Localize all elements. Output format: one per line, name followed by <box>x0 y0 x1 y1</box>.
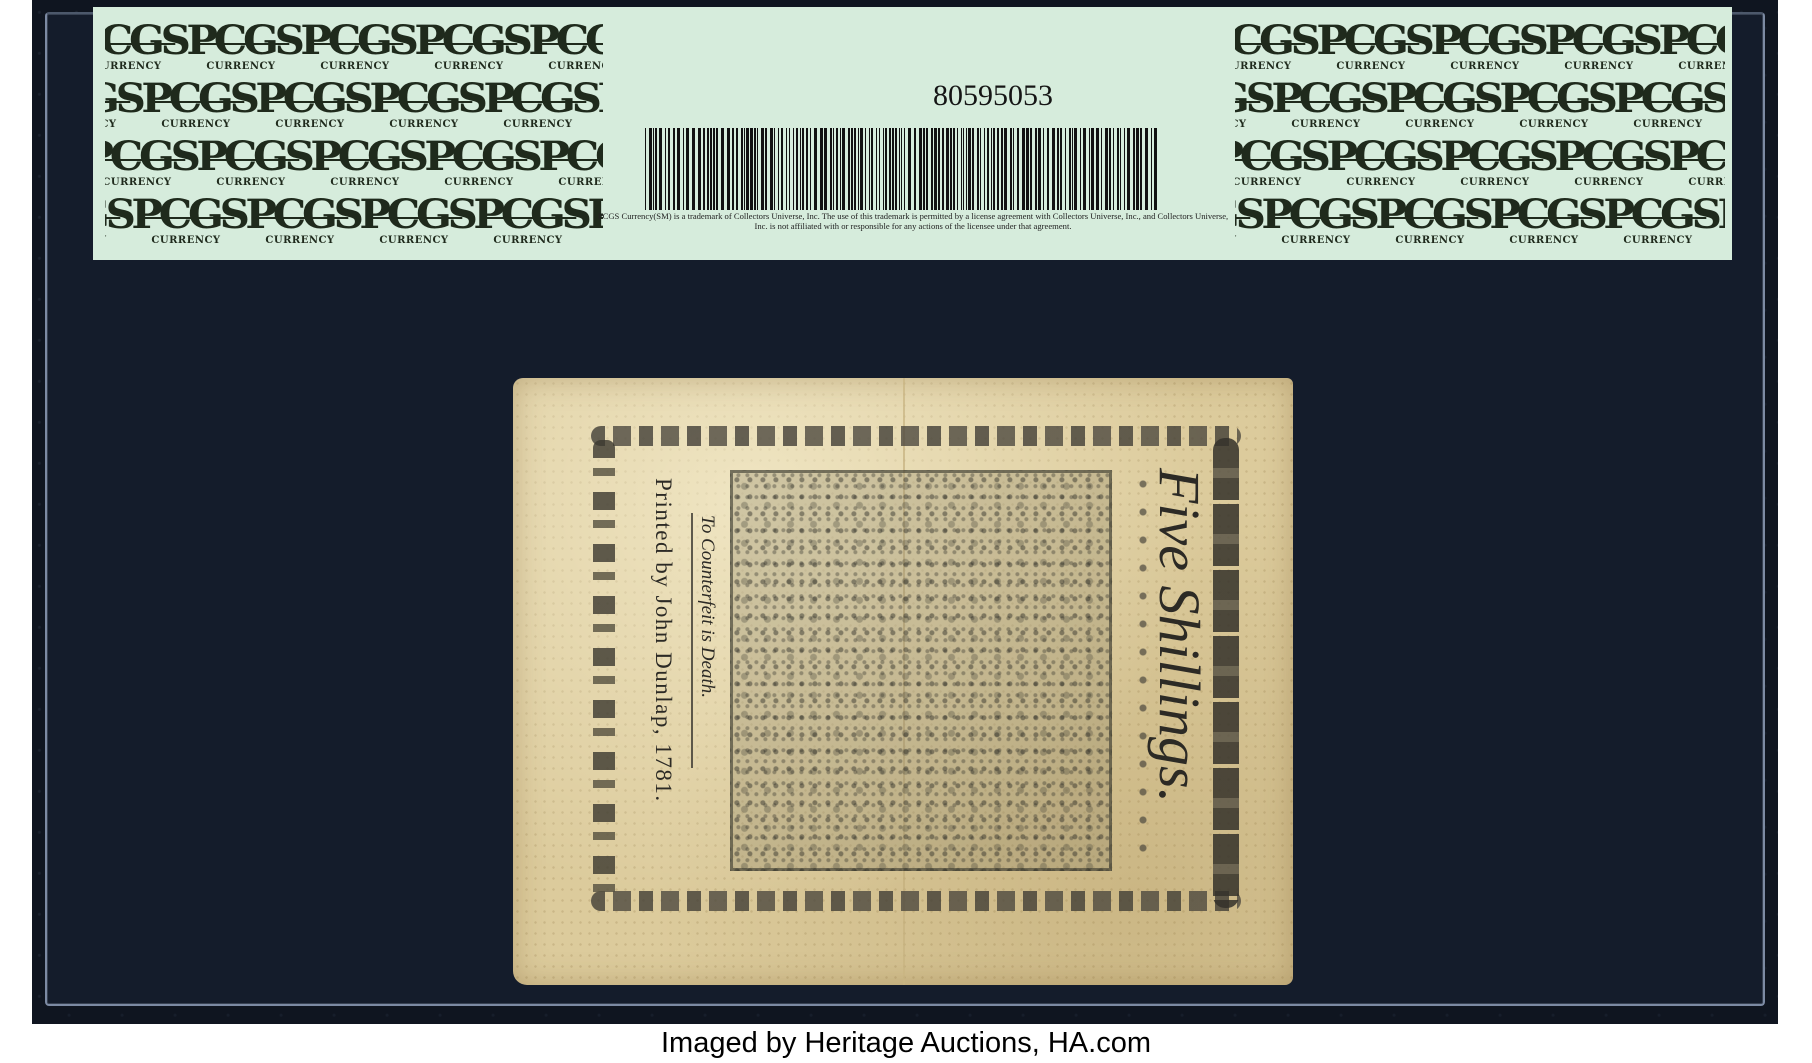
pcgs-logo-icon: PCGSCURRENCY <box>248 195 352 246</box>
ornamental-border-top <box>591 426 1241 446</box>
pcgs-logo-icon: PCGSCURRENCY <box>189 21 293 72</box>
pcgs-logo-pattern-right: PCGSCURRENCYPCGSCURRENCYPCGSCURRENCYPCGS… <box>1235 15 1725 251</box>
ornamental-border-bottom <box>591 891 1241 911</box>
trademark-legal-text: PCGS Currency(SM) is a trademark of Coll… <box>593 211 1233 231</box>
denomination-text: Five Shillings. <box>1146 468 1213 803</box>
pcgs-logo-icon: PCGSCURRENCY <box>1661 21 1725 72</box>
pcgs-logo-icon: PCGSCURRENCY <box>105 79 134 130</box>
pcgs-logo-icon: PCGSCURRENCY <box>1616 79 1720 130</box>
pcgs-logo-icon: PCGSCURRENCY <box>1433 21 1537 72</box>
pcgs-logo-icon: PCGSCURRENCY <box>1502 79 1606 130</box>
pcgs-logo-icon: PCGSCURRENCY <box>1378 195 1482 246</box>
counterfeit-warning: To Counterfeit is Death. <box>696 515 718 698</box>
barcode <box>645 128 1160 210</box>
pcgs-logo-icon: PCGSCURRENCY <box>1557 137 1661 188</box>
pcgs-logo-icon: PCGSCURRENCY <box>1720 195 1725 246</box>
pcgs-logo-icon: PCGSCURRENCY <box>1671 137 1725 188</box>
pcgs-logo-icon: PCGSCURRENCY <box>105 137 189 188</box>
pcgs-logo-icon: PCGSCURRENCY <box>531 21 603 72</box>
pcgs-logo-icon: PCGSCURRENCY <box>303 21 407 72</box>
pcgs-logo-icon: PCGSCURRENCY <box>1264 195 1368 246</box>
pcgs-logo-icon: PCGSCURRENCY <box>134 195 238 246</box>
pcgs-logo-icon: PCGSCURRENCY <box>1492 195 1596 246</box>
pcgs-logo-icon: PCGSCURRENCY <box>1235 137 1319 188</box>
pcgs-logo-icon: PCGSCURRENCY <box>144 79 248 130</box>
pcgs-logo-pattern-left: PCGSCURRENCYPCGSCURRENCYPCGSCURRENCYPCGS… <box>105 15 603 251</box>
pcgs-logo-icon: PCGSCURRENCY <box>105 21 179 72</box>
divider-rule <box>691 513 693 768</box>
pcgs-logo-icon: PCGSCURRENCY <box>486 79 590 130</box>
pcgs-label: PCGSCURRENCYPCGSCURRENCYPCGSCURRENCYPCGS… <box>93 7 1732 260</box>
pcgs-logo-icon: PCGSCURRENCY <box>1443 137 1547 188</box>
printer-imprint: Printed by John Dunlap, 1781. <box>650 478 676 803</box>
nature-print-panel <box>730 470 1112 871</box>
pcgs-logo-icon: PCGSCURRENCY <box>1606 195 1710 246</box>
ornamental-border-left <box>593 440 615 900</box>
serial-number: 80595053 <box>823 79 1163 113</box>
pcgs-logo-icon: PCGSCURRENCY <box>600 79 603 130</box>
ornamental-border-right <box>1213 438 1239 908</box>
pcgs-logo-icon: PCGSCURRENCY <box>372 79 476 130</box>
banknote: Five Shillings. To Counterfeit is Death.… <box>513 378 1293 985</box>
pcgs-logo-icon: PCGSCURRENCY <box>1274 79 1378 130</box>
pcgs-logo-icon: PCGSCURRENCY <box>199 137 303 188</box>
pcgs-logo-icon: PCGSCURRENCY <box>427 137 531 188</box>
pcgs-logo-icon: PCGSCURRENCY <box>476 195 580 246</box>
pcgs-logo-icon: PCGSCURRENCY <box>105 195 124 246</box>
pcgs-logo-icon: PCGSCURRENCY <box>1235 195 1254 246</box>
pcgs-logo-icon: PCGSCURRENCY <box>313 137 417 188</box>
pcgs-logo-icon: PCGSCURRENCY <box>1235 79 1264 130</box>
pcgs-logo-icon: PCGSCURRENCY <box>1388 79 1492 130</box>
image-credit-caption: Imaged by Heritage Auctions, HA.com <box>0 1024 1812 1063</box>
pcgs-logo-icon: PCGSCURRENCY <box>362 195 466 246</box>
pcgs-logo-icon: PCGSCURRENCY <box>1329 137 1433 188</box>
pcgs-logo-icon: PCGSCURRENCY <box>541 137 603 188</box>
pcgs-logo-icon: PCGSCURRENCY <box>1235 21 1309 72</box>
pcgs-logo-icon: PCGSCURRENCY <box>1319 21 1423 72</box>
pcgs-logo-icon: PCGSCURRENCY <box>1547 21 1651 72</box>
pcgs-logo-icon: PCGSCURRENCY <box>417 21 521 72</box>
pcgs-logo-icon: PCGSCURRENCY <box>258 79 362 130</box>
